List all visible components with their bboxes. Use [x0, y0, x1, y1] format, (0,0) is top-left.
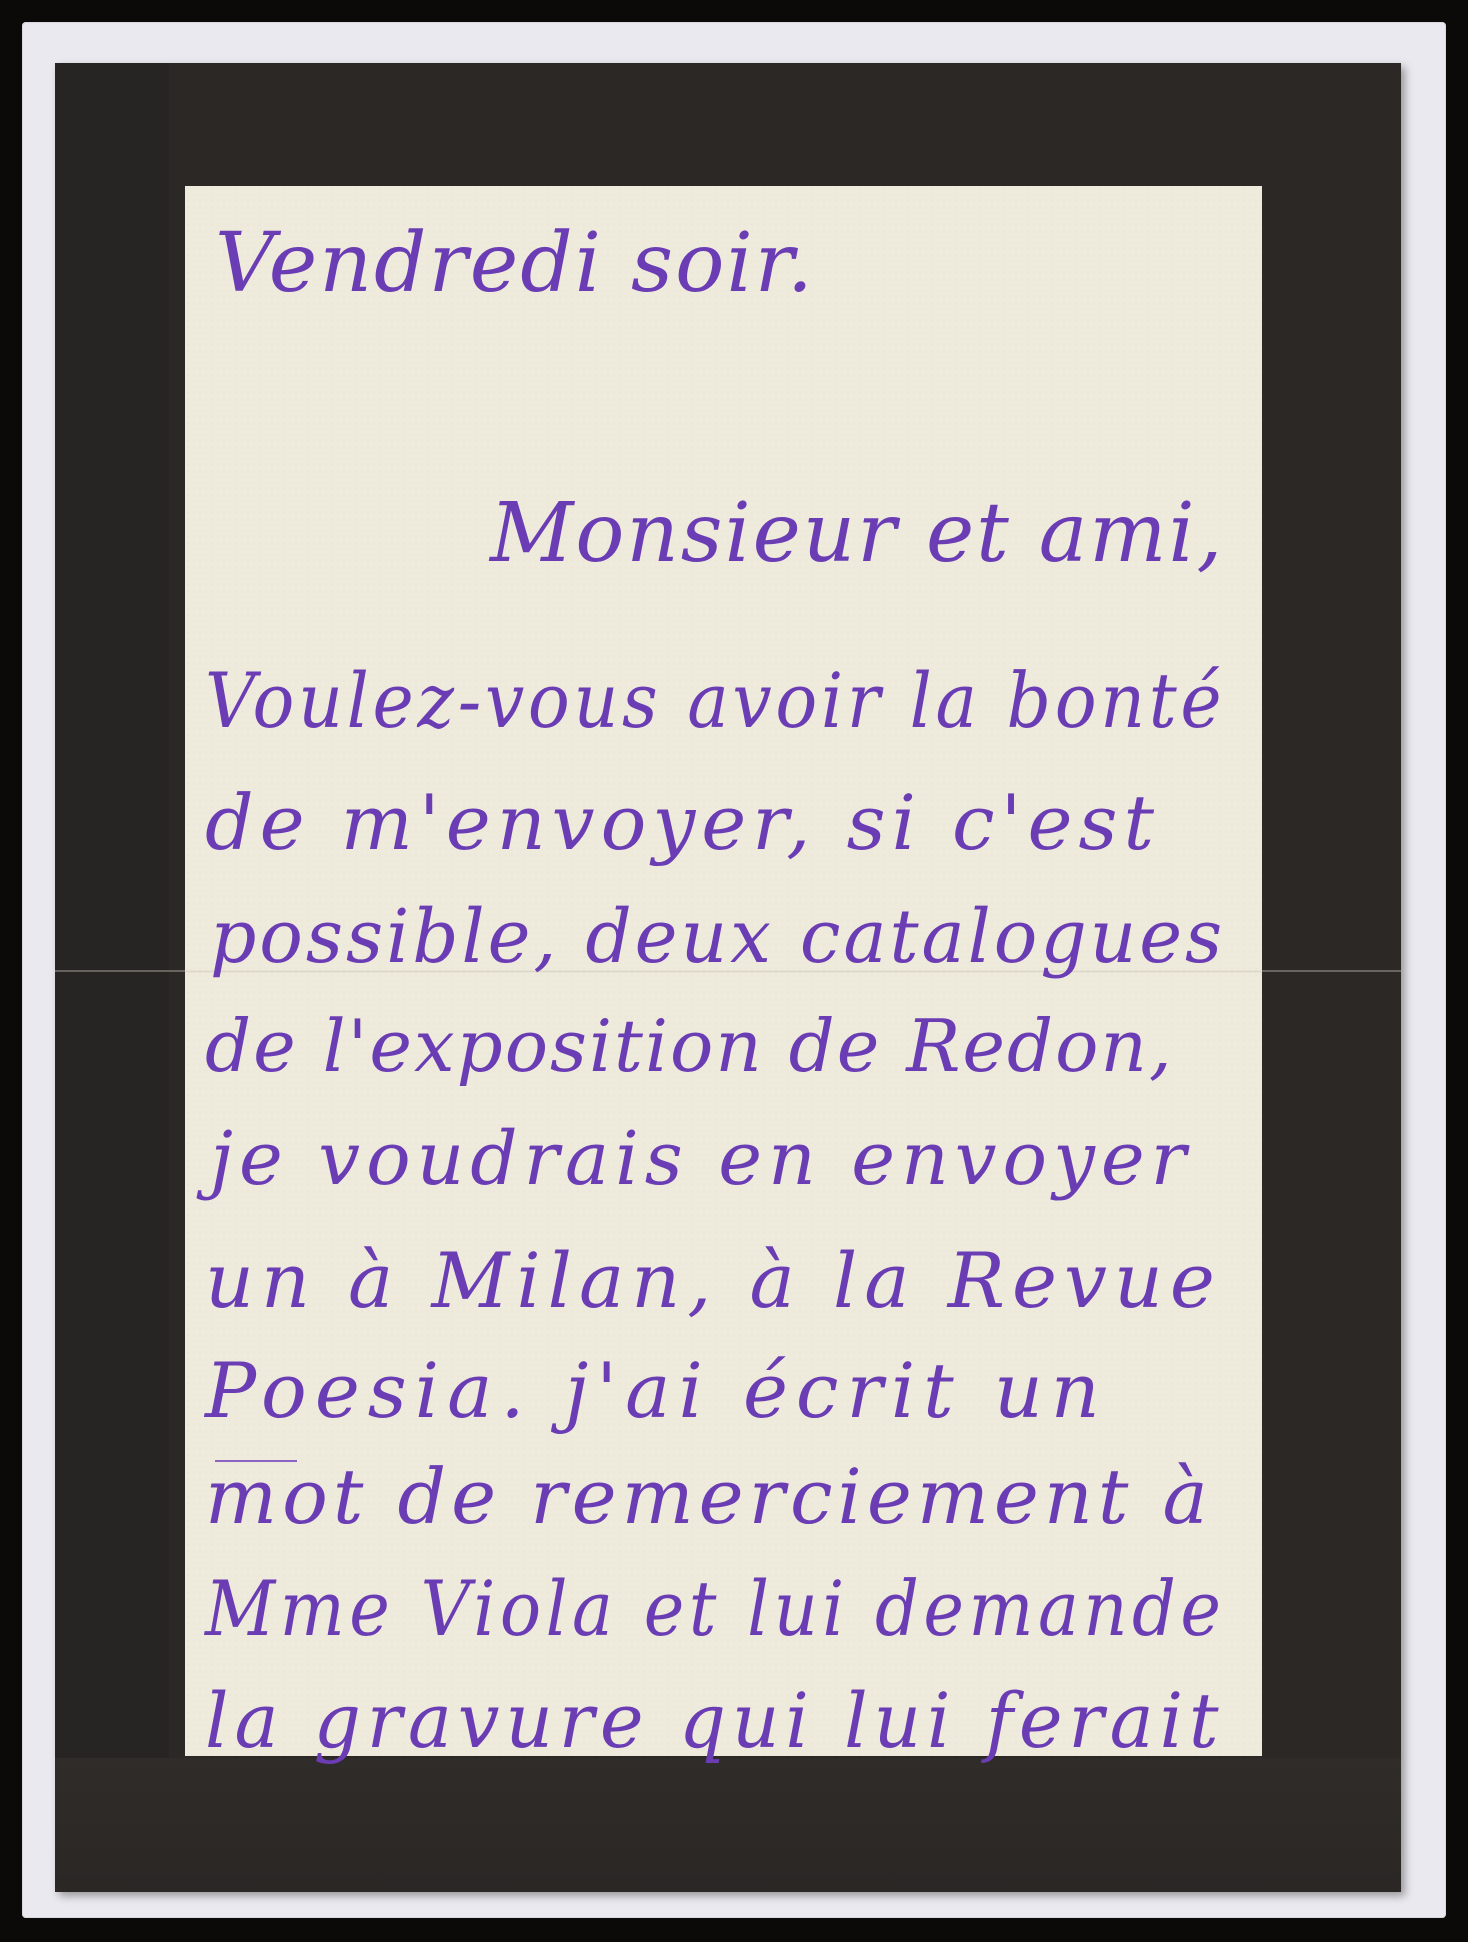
picture-frame: Vendredi soir. Monsieur et ami, Voulez-v…: [0, 0, 1468, 1942]
letter-line-8: un à Milan, à la Revue: [205, 1236, 1222, 1325]
letter-line-6: de l'exposition de Redon,: [205, 1004, 1174, 1088]
letter-paper: Vendredi soir. Monsieur et ami, Voulez-v…: [185, 186, 1262, 1756]
letter-line-9: Poesia. j'ai écrit un: [205, 1346, 1108, 1435]
mount-shadow-bottom: [55, 1758, 1401, 1892]
letter-line-date: Vendredi soir.: [215, 216, 815, 311]
letter-line-10: mot de remerciement à: [205, 1452, 1213, 1541]
letter-line-5: possible, deux catalogues: [210, 894, 1225, 980]
letter-line-3: Voulez-vous avoir la bonté: [205, 656, 1225, 745]
letter-line-12: la gravure qui lui ferait: [205, 1676, 1224, 1765]
letter-line-11: Mme Viola et lui demande: [205, 1564, 1226, 1653]
mount-shadow-left: [55, 63, 169, 1892]
letter-line-4: de m'envoyer, si c'est: [205, 778, 1160, 867]
letter-line-7: je voudrais en envoyer: [210, 1116, 1192, 1202]
letter-line-salutation: Monsieur et ami,: [490, 486, 1224, 581]
